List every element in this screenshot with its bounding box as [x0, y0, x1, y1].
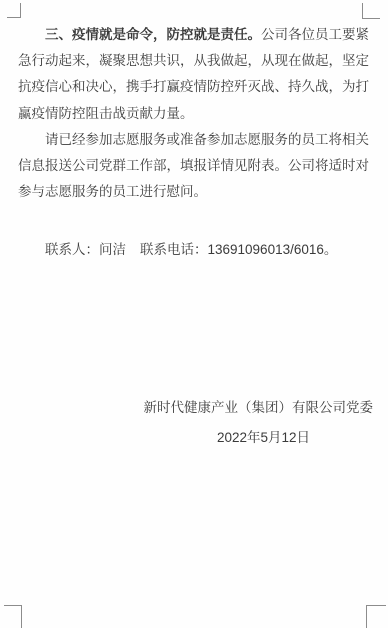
crop-mark-bottom-right-icon — [366, 605, 386, 628]
crop-mark-top-right-icon — [362, 3, 380, 19]
contact-line: 联系人：问洁联系电话：13691096013/6016。 — [18, 241, 388, 258]
paragraph1-line4: 赢疫情防控阻击战贡献力量。 — [18, 101, 370, 127]
contact-phone-number: 13691096013/6016。 — [208, 242, 338, 257]
crop-mark-top-left-icon — [7, 3, 21, 18]
document-page: 三、疫情就是命令，防控就是责任。公司各位员工要紧 急行动起来，凝聚思想共识，从我… — [0, 0, 388, 628]
contact-person-name: 问洁 — [99, 242, 126, 257]
paragraph2-line3: 参与志愿服务的员工进行慰问。 — [18, 179, 370, 205]
contact-person-label: 联系人： — [45, 242, 99, 257]
paragraph2-line2: 信息报送公司党群工作部，填报详情见附表。公司将适时对 — [18, 153, 370, 179]
paragraph1-line3: 抗疫信心和决心，携手打赢疫情防控歼灭战、持久战，为打 — [18, 74, 370, 100]
paragraph1-lead-bold: 三、疫情就是命令，防控就是责任。 — [45, 27, 261, 42]
signature-date: 2022年5月12日 — [217, 429, 310, 446]
paragraph2-line1: 请已经参加志愿服务或准备参加志愿服务的员工将相关 — [18, 127, 370, 153]
crop-mark-bottom-left-icon — [4, 605, 22, 628]
signature-organization: 新时代健康产业（集团）有限公司党委 — [144, 399, 374, 416]
paragraph1-line1-rest: 公司各位员工要紧 — [261, 27, 369, 42]
document-body: 三、疫情就是命令，防控就是责任。公司各位员工要紧 急行动起来，凝聚思想共识，从我… — [18, 22, 370, 205]
paragraph1-line1: 三、疫情就是命令，防控就是责任。公司各位员工要紧 — [18, 22, 370, 48]
contact-phone-label: 联系电话： — [140, 242, 208, 257]
paragraph1-line2: 急行动起来，凝聚思想共识，从我做起，从现在做起，坚定 — [18, 48, 370, 74]
